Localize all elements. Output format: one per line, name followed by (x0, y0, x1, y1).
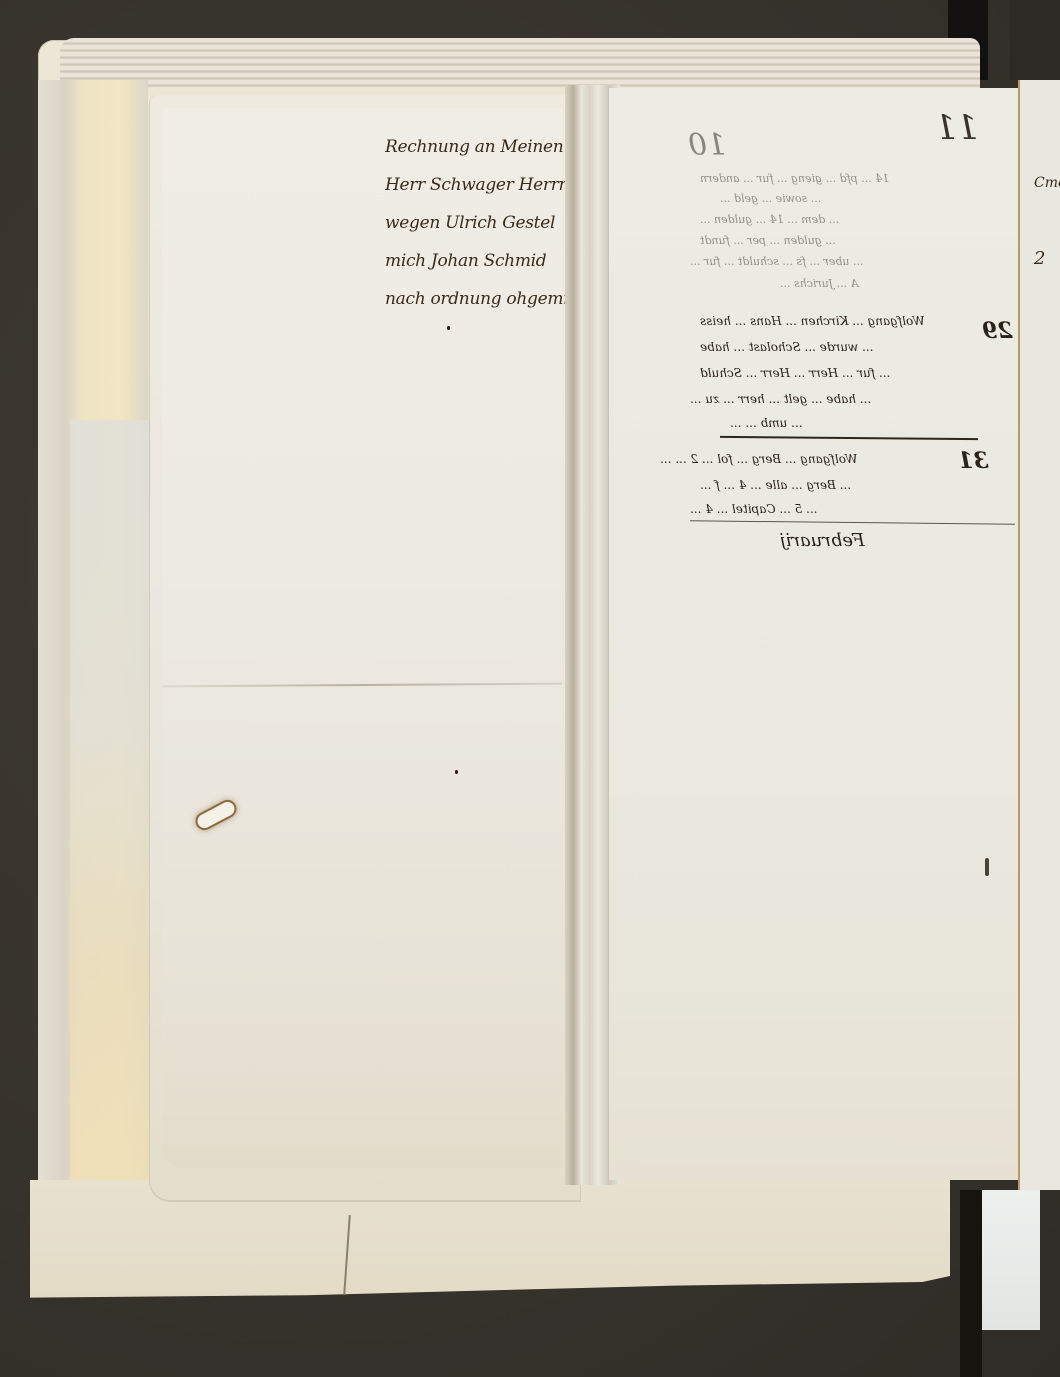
bleed-through-line: ... sowie ... geld ... (720, 192, 821, 205)
bleed-through-line: ... dem ... 14 ... gulden ... (700, 213, 839, 226)
inscription-line: mich Johan Schmid (385, 242, 575, 280)
inscription-line: nach ordnung ohgemn (385, 280, 575, 318)
right-page (608, 88, 1021, 1180)
folio-number: 11 (935, 108, 978, 148)
entry-line: ... Berg ... alle ... 4 ... f ... (700, 478, 851, 492)
entry-line: ... 5 ... Capitel ... 4 ... (690, 502, 818, 516)
leaf-inscription: Rechnung an Meinen Herr Schwager Herrn w… (385, 128, 575, 318)
spine-shadow-lower (960, 1190, 982, 1377)
stacked-page-edges-top (60, 38, 980, 88)
bleed-through-line: 14 ... pfd ... gieng ... fur ... andern (700, 172, 889, 185)
next-page-edge (1018, 80, 1060, 1190)
margin-fragment: 2 (1034, 248, 1045, 269)
ink-speck (447, 326, 450, 330)
inscription-line: Herr Schwager Herrn (385, 166, 575, 204)
bleed-through-line: ... gulden ... per ... fundt (700, 234, 836, 247)
ink-blot (985, 858, 989, 876)
entry-line: Wolfgang ... Berg ... fol ... 2 ... ... (660, 452, 857, 466)
entry-line: ... wurde ... Scholast ... habe (700, 340, 873, 354)
folio-number-ghost: 10 (688, 128, 726, 163)
entry-number: 29 (982, 318, 1013, 344)
inscription-line: wegen Ulrich Gestel (385, 204, 575, 242)
entry-line: ... umb ... ... (730, 416, 803, 430)
bleed-through-line: A ... Jurichs ... (780, 277, 859, 290)
bleed-through-line: ... uber ... fs ... schuldt ... fur ... (690, 255, 863, 268)
repaired-leaf-strip (70, 420, 150, 1200)
margin-fragment: Cme (1034, 175, 1060, 191)
entry-line: ... habe ... gelt ... herr ... zu ... (690, 392, 871, 406)
inscription-line: Rechnung an Meinen (385, 128, 575, 166)
ink-speck (455, 770, 458, 774)
entry-number: 31 (958, 448, 989, 474)
background-strip (1010, 0, 1060, 80)
entry-line: ... fur ... Herr ... Herr ... Schuld (700, 366, 890, 380)
month-heading: Februarij (780, 530, 865, 551)
entry-line: Wolfgang ... Kirchen ... Hans ... heiss (700, 314, 925, 328)
